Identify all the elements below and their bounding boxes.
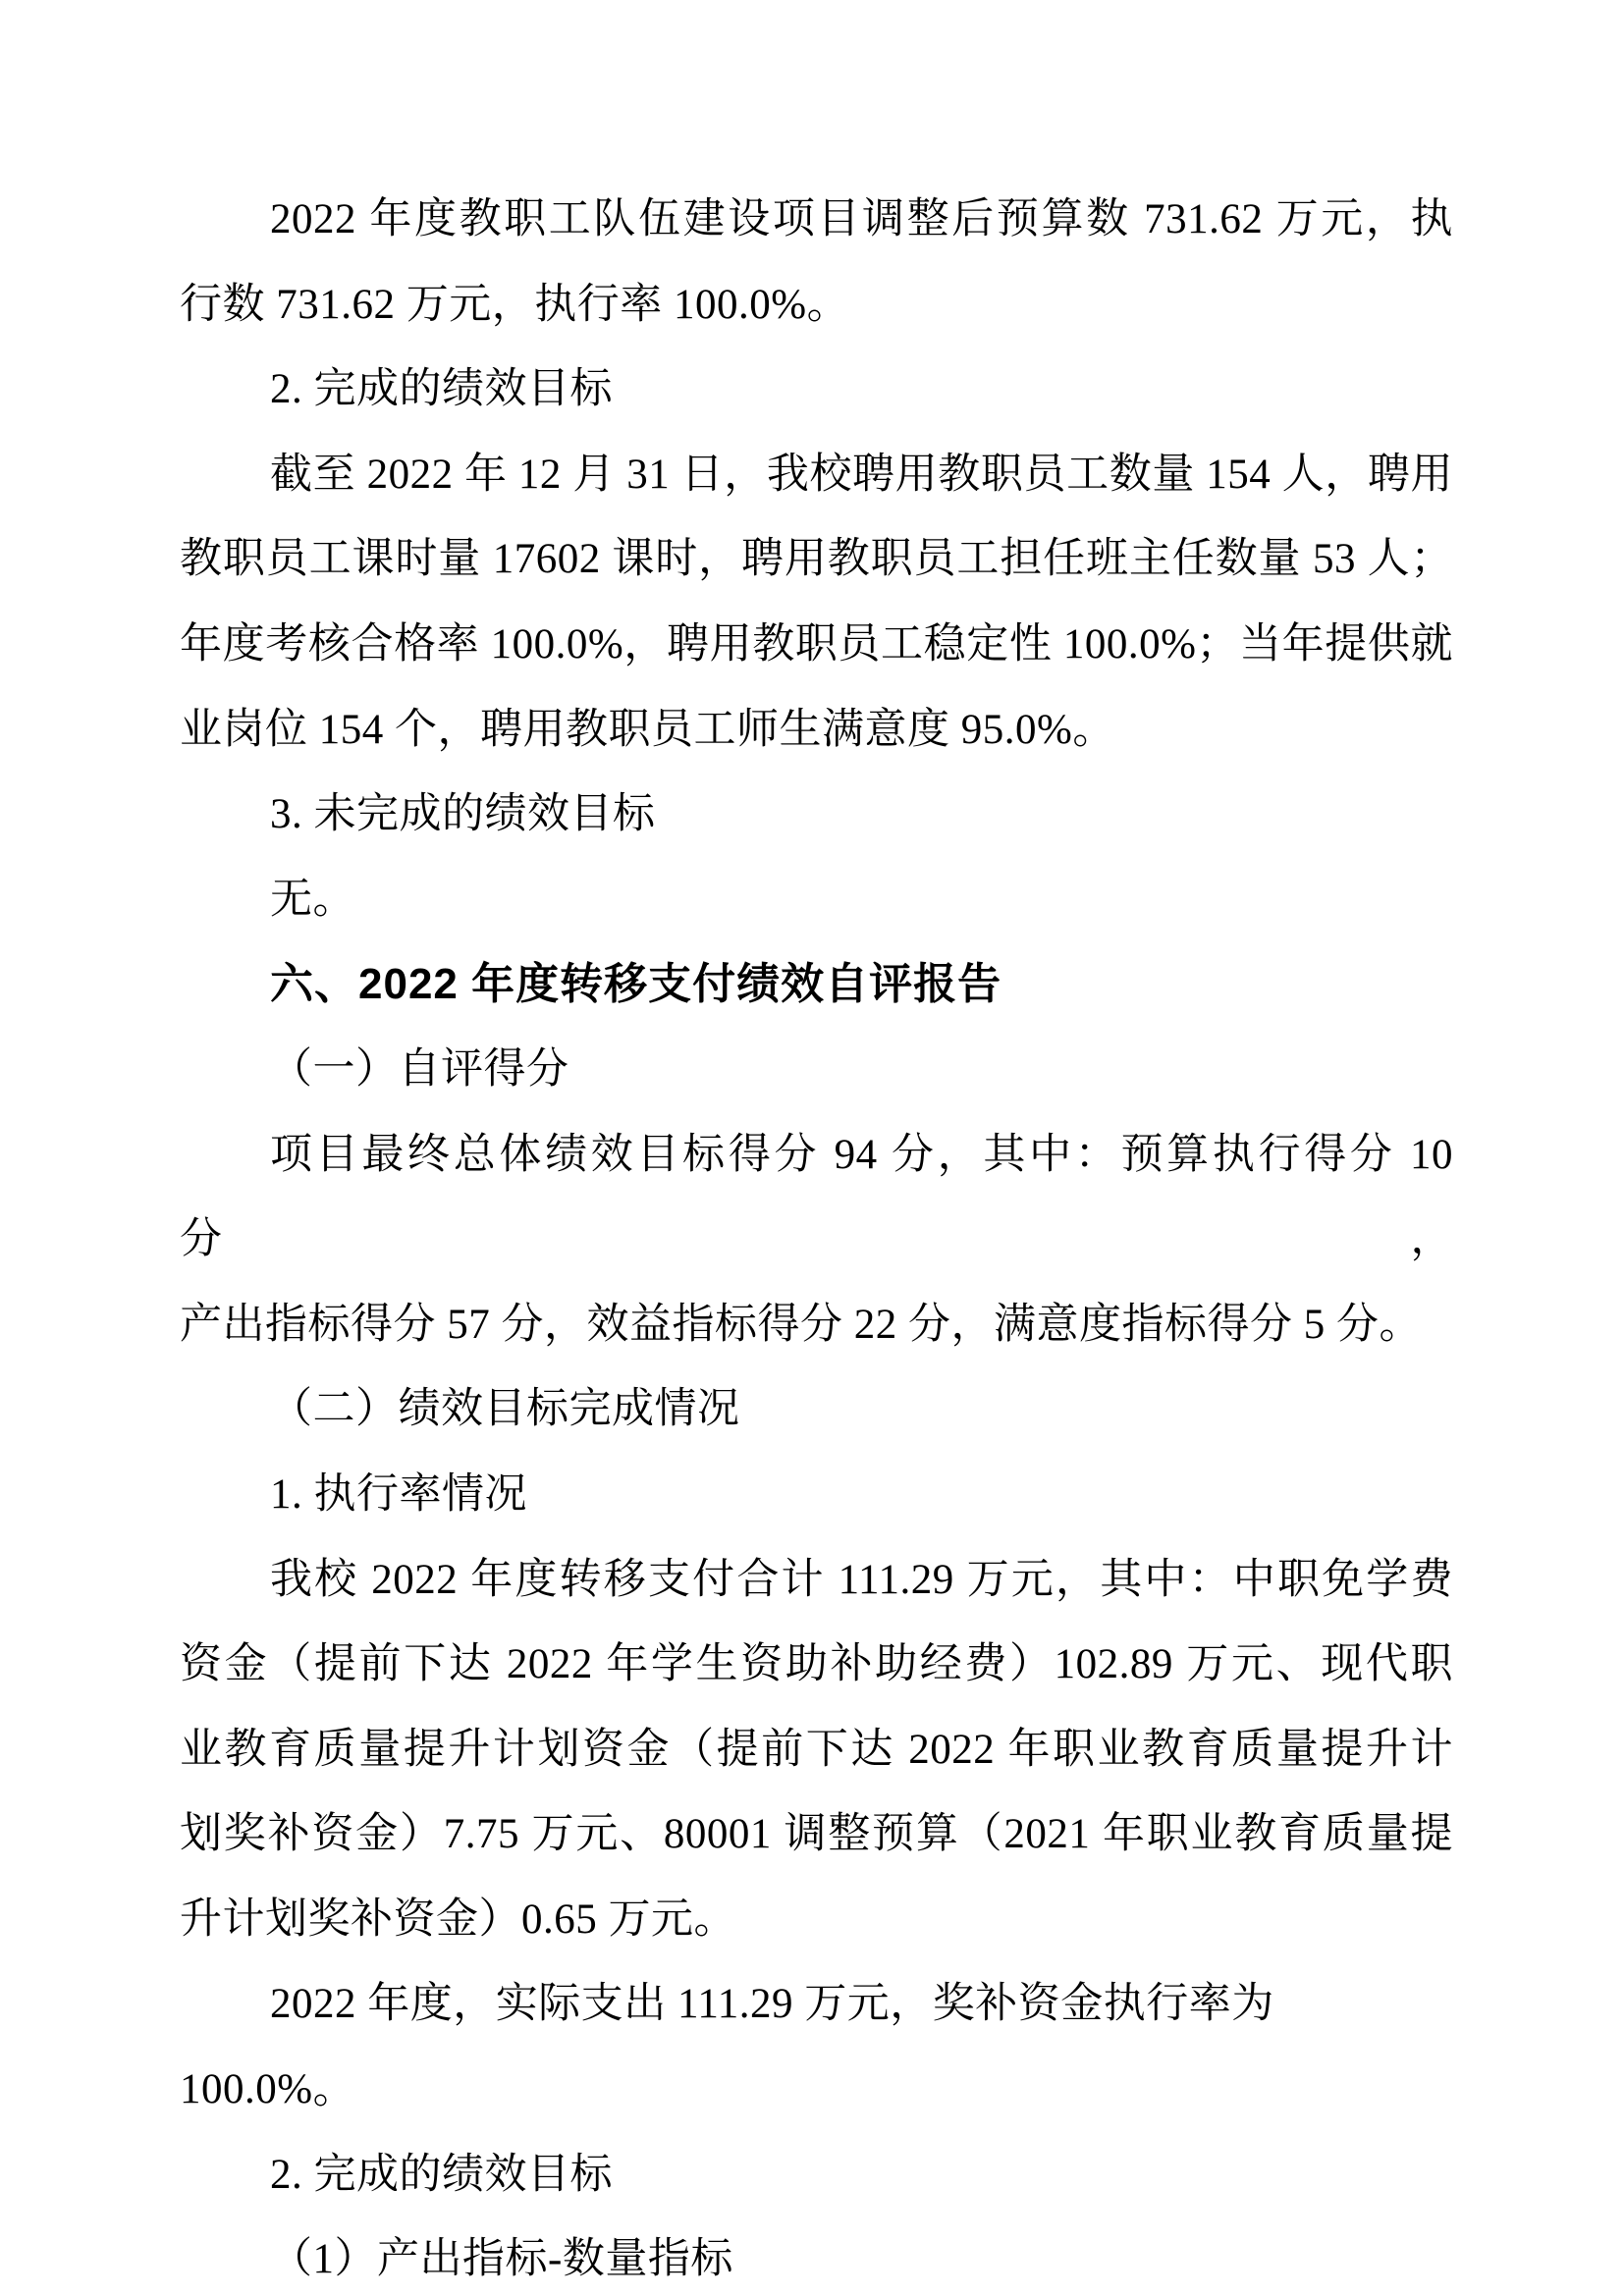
- document-page: 2022 年度教职工队伍建设项目调整后预算数 731.62 万元，执 行数 73…: [0, 0, 1624, 2296]
- paragraph-line: 行数 731.62 万元，执行率 100.0%。: [180, 263, 1453, 348]
- list-item-heading: 1. 执行率情况: [180, 1453, 1453, 1538]
- list-item-heading: （1）产出指标-数量指标: [180, 2217, 1453, 2296]
- paragraph-line: 截至 2022 年 12 月 31 日，我校聘用教职员工数量 154 人，聘用: [180, 433, 1453, 518]
- section-heading: 六、2022 年度转移支付绩效自评报告: [180, 942, 1453, 1028]
- paragraph-line: 项目最终总体绩效目标得分 94 分，其中：预算执行得分 10 分，: [180, 1113, 1453, 1283]
- paragraph-line: 资金（提前下达 2022 年学生资助补助经费）102.89 万元、现代职: [180, 1623, 1453, 1708]
- paragraph-line: 我校 2022 年度转移支付合计 111.29 万元，其中：中职免学费: [180, 1538, 1453, 1624]
- paragraph-line: 教职员工课时量 17602 课时，聘用教职员工担任班主任数量 53 人；: [180, 517, 1453, 603]
- document-text-block: 2022 年度教职工队伍建设项目调整后预算数 731.62 万元，执 行数 73…: [180, 178, 1453, 2296]
- list-item-heading: 2. 完成的绩效目标: [180, 2133, 1453, 2218]
- paragraph-line: 业岗位 154 个，聘用教职员工师生满意度 95.0%。: [180, 688, 1453, 774]
- paragraph-line: 2022 年度，实际支出 111.29 万元，奖补资金执行率为 100.0%。: [180, 1962, 1453, 2132]
- paragraph-line: 业教育质量提升计划资金（提前下达 2022 年职业教育质量提升计: [180, 1708, 1453, 1793]
- paragraph-line: 划奖补资金）7.75 万元、80001 调整预算（2021 年职业教育质量提: [180, 1792, 1453, 1878]
- subsection-heading: （一）自评得分: [180, 1028, 1453, 1113]
- subsection-heading: （二）绩效目标完成情况: [180, 1367, 1453, 1453]
- paragraph-line: 产出指标得分 57 分，效益指标得分 22 分，满意度指标得分 5 分。: [180, 1283, 1453, 1368]
- paragraph-line: 年度考核合格率 100.0%，聘用教职员工稳定性 100.0%；当年提供就: [180, 603, 1453, 688]
- paragraph-line: 升计划奖补资金）0.65 万元。: [180, 1878, 1453, 1963]
- paragraph-line: 无。: [180, 858, 1453, 943]
- list-item-heading: 2. 完成的绩效目标: [180, 347, 1453, 433]
- paragraph-line: 2022 年度教职工队伍建设项目调整后预算数 731.62 万元，执: [180, 178, 1453, 263]
- list-item-heading: 3. 未完成的绩效目标: [180, 773, 1453, 858]
